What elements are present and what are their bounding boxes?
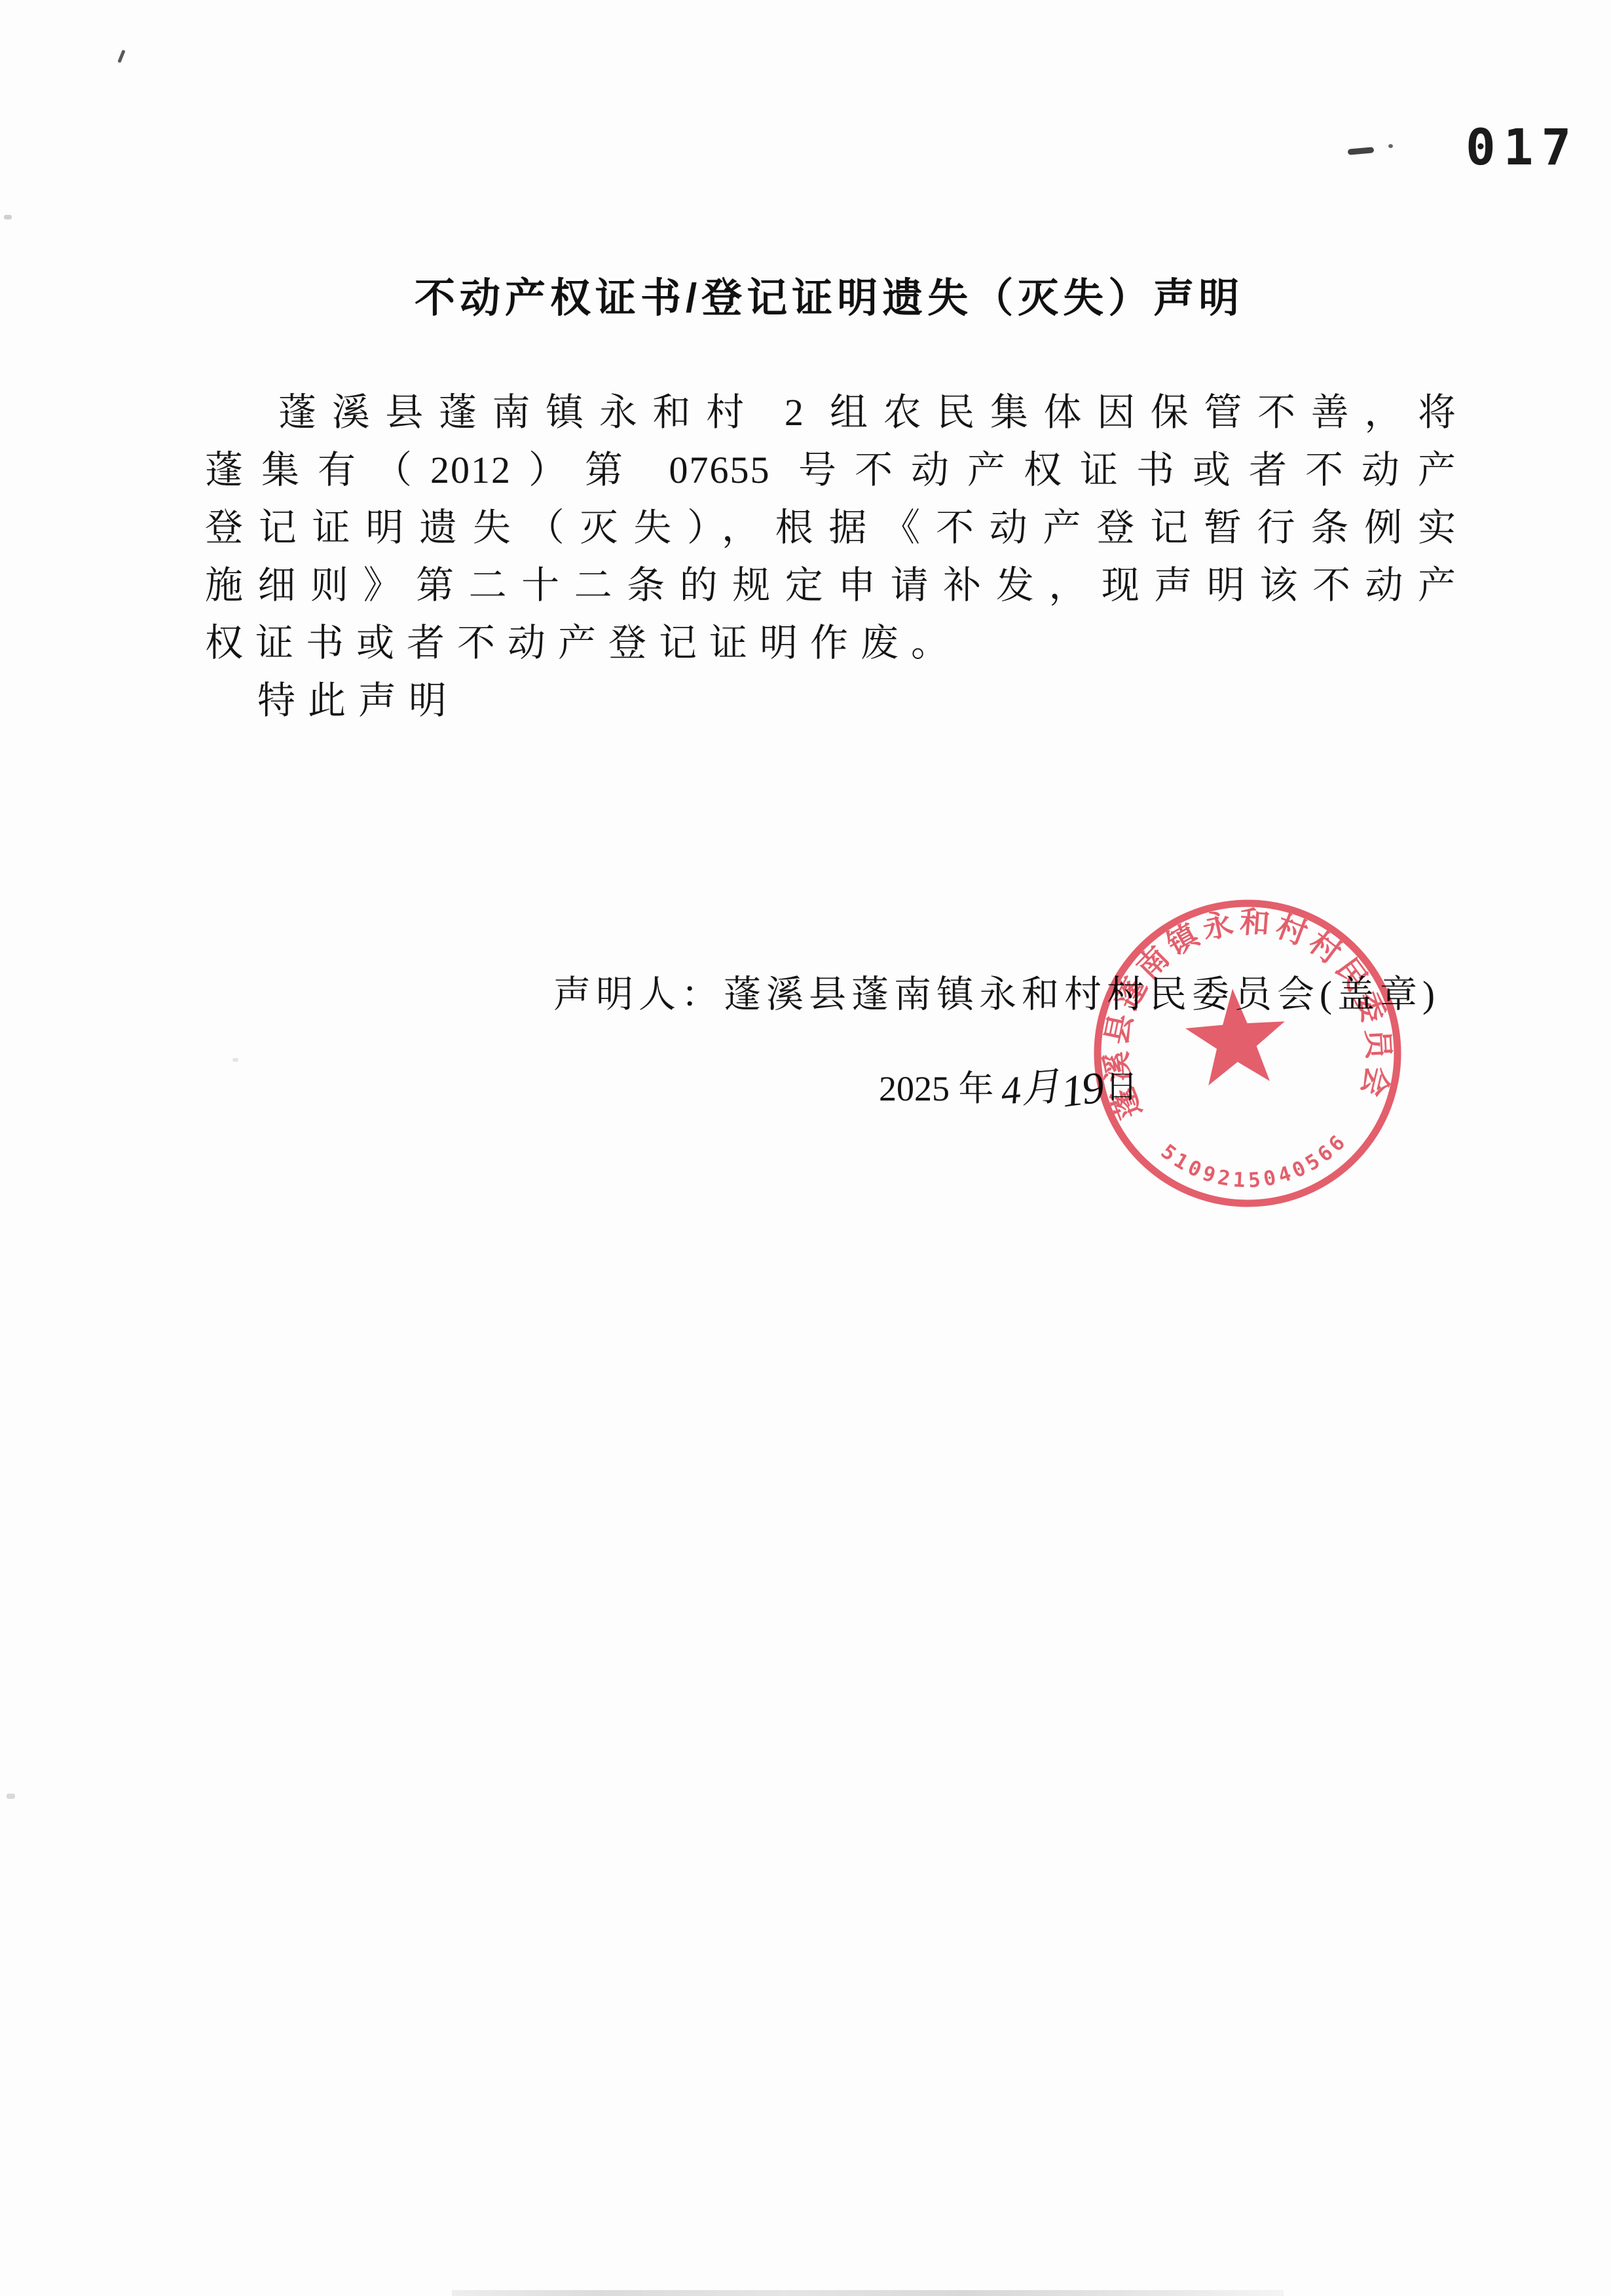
official-seal: 蓬溪县蓬南镇永和村村民委员会 5109215040566 — [1081, 887, 1414, 1220]
body-line-5: 权证书或者不动产登记证明作废。 — [205, 614, 1457, 672]
svg-text:蓬溪县蓬南镇永和村村民委员会: 蓬溪县蓬南镇永和村村民委员会 — [1089, 894, 1399, 1124]
body-closing-line: 特此声明 — [205, 672, 1457, 730]
scan-artifact — [4, 215, 12, 219]
seal-ring-text: 蓬溪县蓬南镇永和村村民委员会 — [1089, 894, 1399, 1124]
document-page: 017 不动产权证书/登记证明遗失（灭失）声明 蓬溪县蓬南镇永和村 2 组农民集… — [0, 0, 1611, 2296]
declaration-body: 蓬溪县蓬南镇永和村 2 组农民集体因保管不善，将 蓬集有（2012）第 0765… — [205, 384, 1457, 730]
scan-artifact — [1348, 147, 1375, 155]
scan-artifact — [232, 1058, 238, 1062]
document-title: 不动产权证书/登记证明遗失（灭失）声明 — [415, 265, 1244, 324]
scan-artifact — [1388, 144, 1393, 148]
body-line-3: 登记证明遗失（灭失），根据《不动产登记暂行条例实 — [205, 499, 1457, 557]
scan-edge-noise — [452, 2290, 1284, 2296]
scan-artifact — [117, 50, 125, 63]
date-handwritten-month: 4月 — [998, 1055, 1062, 1116]
page-number-stamp: 017 — [1466, 118, 1579, 176]
scan-artifact — [7, 1794, 15, 1799]
date-printed: 2025 年 — [879, 1069, 994, 1108]
body-line-2: 蓬集有（2012）第 07655 号不动产权证书或者不动产 — [205, 442, 1457, 499]
seal-star — [1183, 985, 1289, 1087]
body-line-4: 施细则》第二十二条的规定申请补发，现声明该不动产 — [205, 557, 1457, 614]
body-line-1: 蓬溪县蓬南镇永和村 2 组农民集体因保管不善，将 — [205, 384, 1457, 442]
